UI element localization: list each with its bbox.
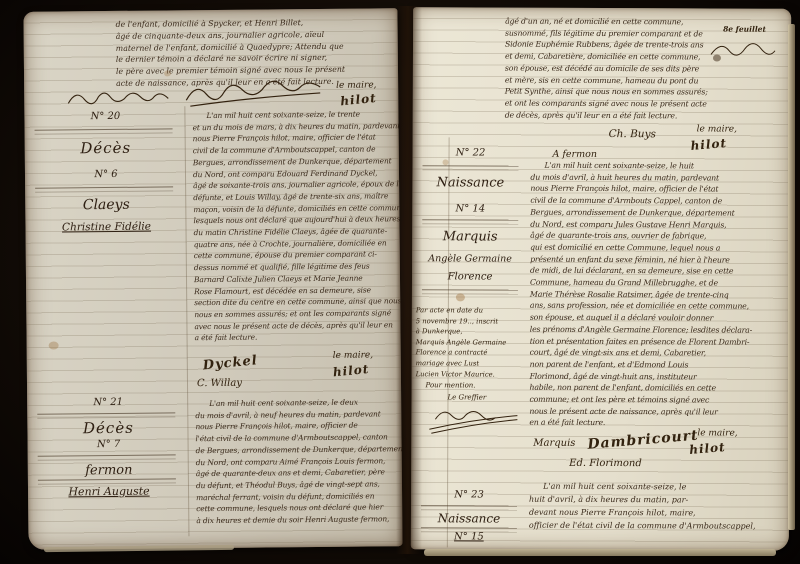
- mayor-label: le maire,: [336, 80, 376, 90]
- witness-signature: Ch. Buys: [609, 128, 656, 140]
- child-surname: Marquis: [418, 229, 522, 244]
- act-type-naissance: Naissance: [418, 175, 522, 190]
- deceased-firstnames: Christine Fidélie: [33, 220, 179, 233]
- witness-signature: Ed. Florimond: [569, 458, 642, 469]
- act-subnumber: N° 7: [36, 438, 182, 450]
- signature-flourish: [64, 84, 174, 111]
- margin-rule: [422, 289, 518, 294]
- act-type-naissance: Naissance: [417, 511, 521, 525]
- book-gutter-shadow: [396, 6, 422, 554]
- clerk-label: Le Greffier: [447, 393, 486, 401]
- mention-label: Pour mention.: [426, 381, 476, 389]
- mayor-label: le maire,: [333, 350, 373, 360]
- mayor-label: le maire,: [697, 428, 737, 438]
- witness-signature: C. Willay: [197, 378, 242, 389]
- act-type-deces: Décès: [33, 138, 179, 157]
- mayor-signature: hilot: [689, 440, 726, 457]
- left-page: N° 20 Décès N° 6 Claeys Christine Fidéli…: [23, 8, 402, 550]
- father-signature: Marquis: [533, 438, 575, 449]
- act-type-deces: Décès: [35, 418, 181, 437]
- register-book-scan: N° 20 Décès N° 6 Claeys Christine Fidéli…: [0, 0, 800, 564]
- clerk-signature-flourish: [425, 403, 521, 437]
- father-signature: A fermon: [553, 149, 597, 160]
- margin-rule: [422, 219, 518, 224]
- act-subnumber: N° 14: [418, 203, 522, 214]
- birth-act-15-body: L'an mil huit cent soixante-seize, lehui…: [529, 480, 785, 533]
- mayor-label: le maire,: [697, 124, 737, 134]
- act-number: N° 22: [419, 147, 523, 158]
- deceased-firstnames: Henri Auguste: [36, 484, 182, 498]
- page-edge-stack: [424, 549, 776, 556]
- act-number: N° 23: [417, 489, 521, 500]
- act-subnumber: N° 6: [33, 168, 179, 180]
- death-act-7-body: L'an mil huit cent soixante-seize, le de…: [195, 396, 402, 527]
- birth-act-14-body: L'an mil huit cent soixante-seize, le hu…: [529, 160, 786, 430]
- act-number: N° 20: [32, 110, 178, 122]
- deceased-surname: fermon: [36, 462, 182, 478]
- signature-flourish: [180, 79, 330, 110]
- deceased-surname: Claeys: [33, 196, 179, 213]
- act-subnumber: N° 15: [417, 531, 521, 542]
- child-firstnames-2: Florence: [418, 271, 522, 282]
- page-edge-stack: [44, 545, 234, 552]
- child-firstnames: Angèle Germaine: [418, 253, 522, 264]
- marriage-mention-note: Par acte en date du5 novembre 19.., insc…: [416, 305, 534, 380]
- right-page: 8e feuillet N° 22 Naissance N° 14 Marqui…: [411, 7, 791, 551]
- margin-rule: [422, 165, 518, 170]
- act-body-fragment: âgé d'un an, né et domicilié en cette co…: [505, 16, 785, 123]
- page-edge-stack: [788, 24, 795, 530]
- act-number: N° 21: [35, 396, 181, 408]
- margin-rule: [421, 505, 517, 510]
- death-act-6-body: L'an mil huit cent soixante-seize, le tr…: [192, 108, 402, 344]
